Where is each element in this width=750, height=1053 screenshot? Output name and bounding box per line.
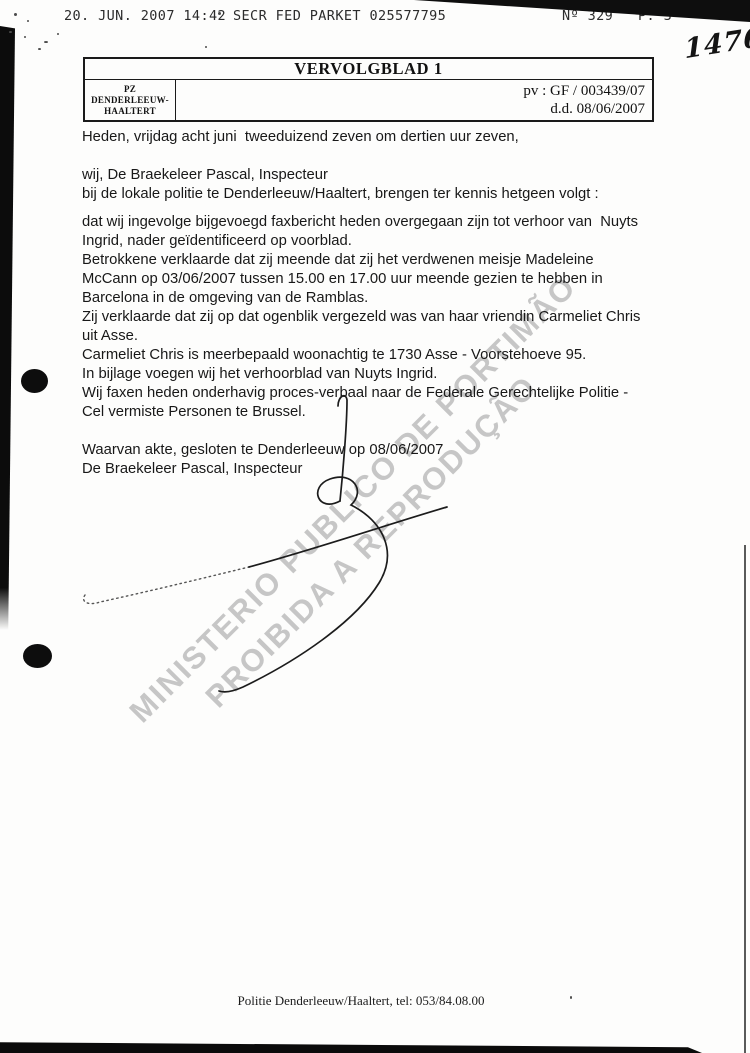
fax-document-page: 20. JUN. 2007 14:42 SECR FED PARKET 0255… [0,0,750,1053]
signature-scribble [0,0,750,1053]
